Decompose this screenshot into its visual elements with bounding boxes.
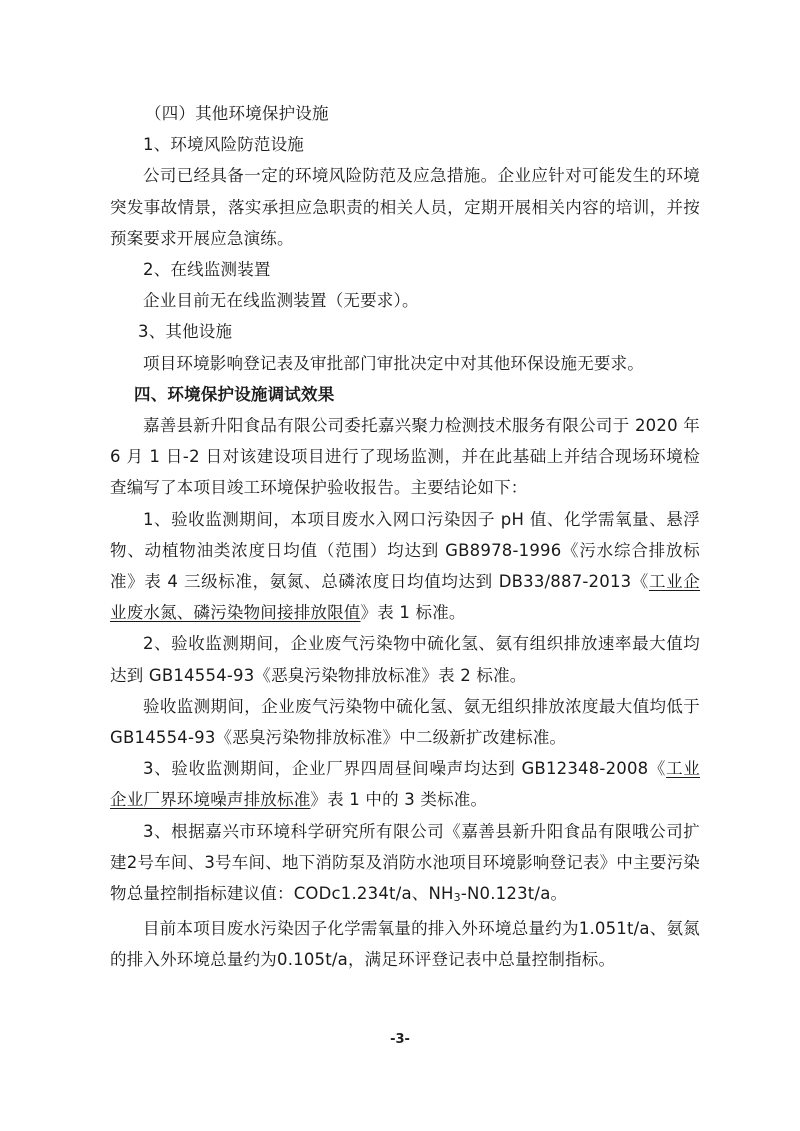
document-page: （四）其他环境保护设施 1、环境风险防范设施 公司已经具备一定的环境风险防范及应… <box>110 98 700 976</box>
paragraph-total-emission: 目前本项目废水污染因子化学需氧量的排入外环境总量约为1.051t/a、氨氮的排入… <box>110 913 700 975</box>
subheading-online-monitoring: 2、在线监测装置 <box>110 254 700 285</box>
paragraph-other-facilities: 项目环境影响登记表及审批部门审批决定中对其他环保设施无要求。 <box>110 348 700 379</box>
paragraph-conclusion-unorganized-gas: 验收监测期间，企业废气污染物中硫化氢、氨无组织排放浓度最大值均低于 GB1455… <box>110 691 700 753</box>
subscript: 3 <box>454 891 461 904</box>
text-segment: 1、验收监测期间，本项目废水入网口污染因子 pH 值、化学需氧量、悬浮物、动植物… <box>110 510 700 591</box>
paragraph-monitoring-intro: 嘉善县新升阳食品有限公司委托嘉兴聚力检测技术服务有限公司于 2020 年 6 月… <box>110 410 700 504</box>
paragraph-conclusion-noise: 3、验收监测期间，企业厂界四周昼间噪声均达到 GB12348-2008《工业企业… <box>110 753 700 815</box>
subheading-risk-prevention: 1、环境风险防范设施 <box>110 129 700 160</box>
text-segment: 》表 1 中的 3 类标准。 <box>310 790 487 809</box>
heading-other-facilities: （四）其他环境保护设施 <box>110 98 700 129</box>
text-segment: 》表 1 标准。 <box>361 603 466 622</box>
paragraph-conclusion-organized-gas: 2、验收监测期间，企业废气污染物中硫化氢、氨有组织排放速率最大值均达到 GB14… <box>110 628 700 690</box>
subheading-other-facilities: 3、其他设施 <box>110 316 700 347</box>
text-segment: 3、验收监测期间，企业厂界四周昼间噪声均达到 GB12348-2008《 <box>143 759 666 778</box>
paragraph-total-control-indicators: 3、根据嘉兴市环境科学研究所有限公司《嘉善县新升阳食品有限哦公司扩建2号车间、3… <box>110 816 700 914</box>
paragraph-risk-prevention: 公司已经具备一定的环境风险防范及应急措施。企业应针对可能发生的环境突发事故情景，… <box>110 160 700 254</box>
text-segment: -N0.123t/a。 <box>461 884 567 903</box>
paragraph-conclusion-wastewater: 1、验收监测期间，本项目废水入网口污染因子 pH 值、化学需氧量、悬浮物、动植物… <box>110 504 700 629</box>
paragraph-online-monitoring: 企业目前无在线监测装置（无要求）。 <box>110 285 700 316</box>
section-heading-commissioning-effect: 四、环境保护设施调试效果 <box>110 379 700 410</box>
page-number: -3- <box>0 1032 800 1047</box>
text-segment: 3、根据嘉兴市环境科学研究所有限公司《嘉善县新升阳食品有限哦公司扩建2号车间、3… <box>110 822 700 903</box>
